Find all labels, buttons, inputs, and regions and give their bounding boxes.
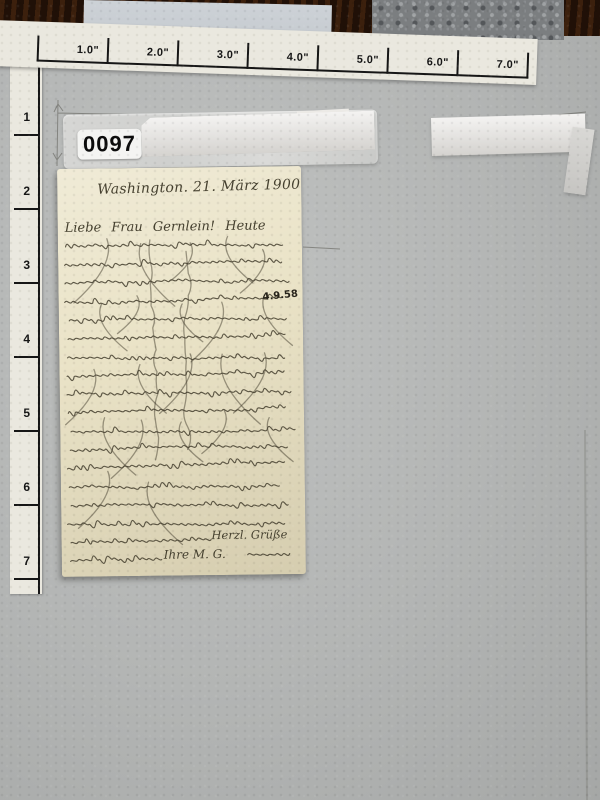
inch-tick	[14, 208, 40, 210]
handwriting-line	[69, 481, 279, 493]
handwriting-line	[67, 458, 284, 471]
archival-photo-scene: { "photo": { "ruler": { "horizontal_labe…	[0, 0, 600, 800]
inch-tick	[14, 430, 40, 432]
handwriting-line	[71, 555, 162, 564]
inch-tick	[246, 43, 249, 69]
strike-through-stroke	[111, 420, 144, 478]
postcard: Washington. 21. März 1900. Liebe Frau Ge…	[57, 166, 306, 577]
postcard-salutation: Liebe Frau Gernlein! Heute	[65, 218, 297, 236]
board-crease-line	[585, 430, 587, 800]
inch-tick	[316, 45, 319, 71]
handwriting-line	[65, 294, 282, 305]
strike-through-stroke	[138, 364, 166, 413]
inch-tick	[14, 578, 40, 580]
inch-label: 6.0"	[395, 55, 449, 69]
handwriting-line	[68, 330, 285, 341]
strike-through-stroke	[179, 422, 203, 462]
inch-tick	[526, 53, 529, 79]
inch-label: 5.0"	[325, 53, 379, 67]
inch-tick	[14, 356, 40, 358]
strike-through-stroke	[240, 249, 265, 293]
inch-label: 3.0"	[185, 48, 239, 62]
strike-through-stroke	[73, 239, 109, 303]
inch-label: 2.0"	[115, 45, 169, 59]
inch-tick	[14, 504, 40, 506]
inch-label: 7	[10, 554, 30, 568]
inch-label: 2	[10, 184, 30, 198]
inch-label: 3	[10, 258, 30, 272]
postcard-signature: Ihre M. G.	[164, 547, 226, 562]
inch-label: 4	[10, 332, 30, 346]
handwriting-line	[68, 353, 285, 364]
inch-tick	[456, 50, 459, 76]
vertical-ruler-line	[38, 62, 40, 594]
inch-label: 1.0"	[45, 43, 99, 57]
inch-tick	[386, 48, 389, 74]
strike-through-stroke	[267, 417, 293, 462]
inch-label: 7.0"	[465, 57, 519, 71]
strike-through-stroke	[139, 243, 175, 306]
strike-through-stroke	[221, 354, 261, 425]
mounting-strip-right	[431, 114, 586, 156]
inch-tick	[14, 282, 40, 284]
strike-through-stroke	[226, 236, 253, 283]
handwriting-line	[70, 442, 287, 454]
handwriting-line	[68, 405, 285, 416]
strike-through-stroke	[190, 302, 224, 362]
handwriting-line	[65, 239, 282, 250]
vertical-ruler: 1234567	[10, 62, 42, 594]
inch-tick	[176, 40, 179, 66]
handwriting-line	[71, 500, 288, 511]
strike-through-chain	[149, 240, 159, 460]
inch-label: 4.0"	[255, 50, 309, 64]
handwriting-line	[67, 369, 284, 381]
handwriting-flourish	[248, 553, 290, 556]
strike-through-stroke	[147, 482, 183, 545]
inch-label: 6	[10, 480, 30, 494]
inch-label: 5	[10, 406, 30, 420]
postcard-closing: Herzl. Grüße	[211, 527, 287, 542]
mounting-strip-left	[141, 111, 375, 157]
strike-through-stroke	[100, 304, 127, 351]
strike-through-stroke	[159, 354, 193, 414]
inch-tick	[14, 134, 40, 136]
id-label: 0097	[77, 129, 142, 160]
inch-tick	[37, 36, 40, 62]
inch-tick	[107, 38, 110, 64]
inch-label: 1	[10, 110, 30, 124]
strike-through-stroke	[78, 471, 110, 528]
handwriting-line	[65, 258, 282, 269]
handwriting-line	[71, 537, 211, 544]
